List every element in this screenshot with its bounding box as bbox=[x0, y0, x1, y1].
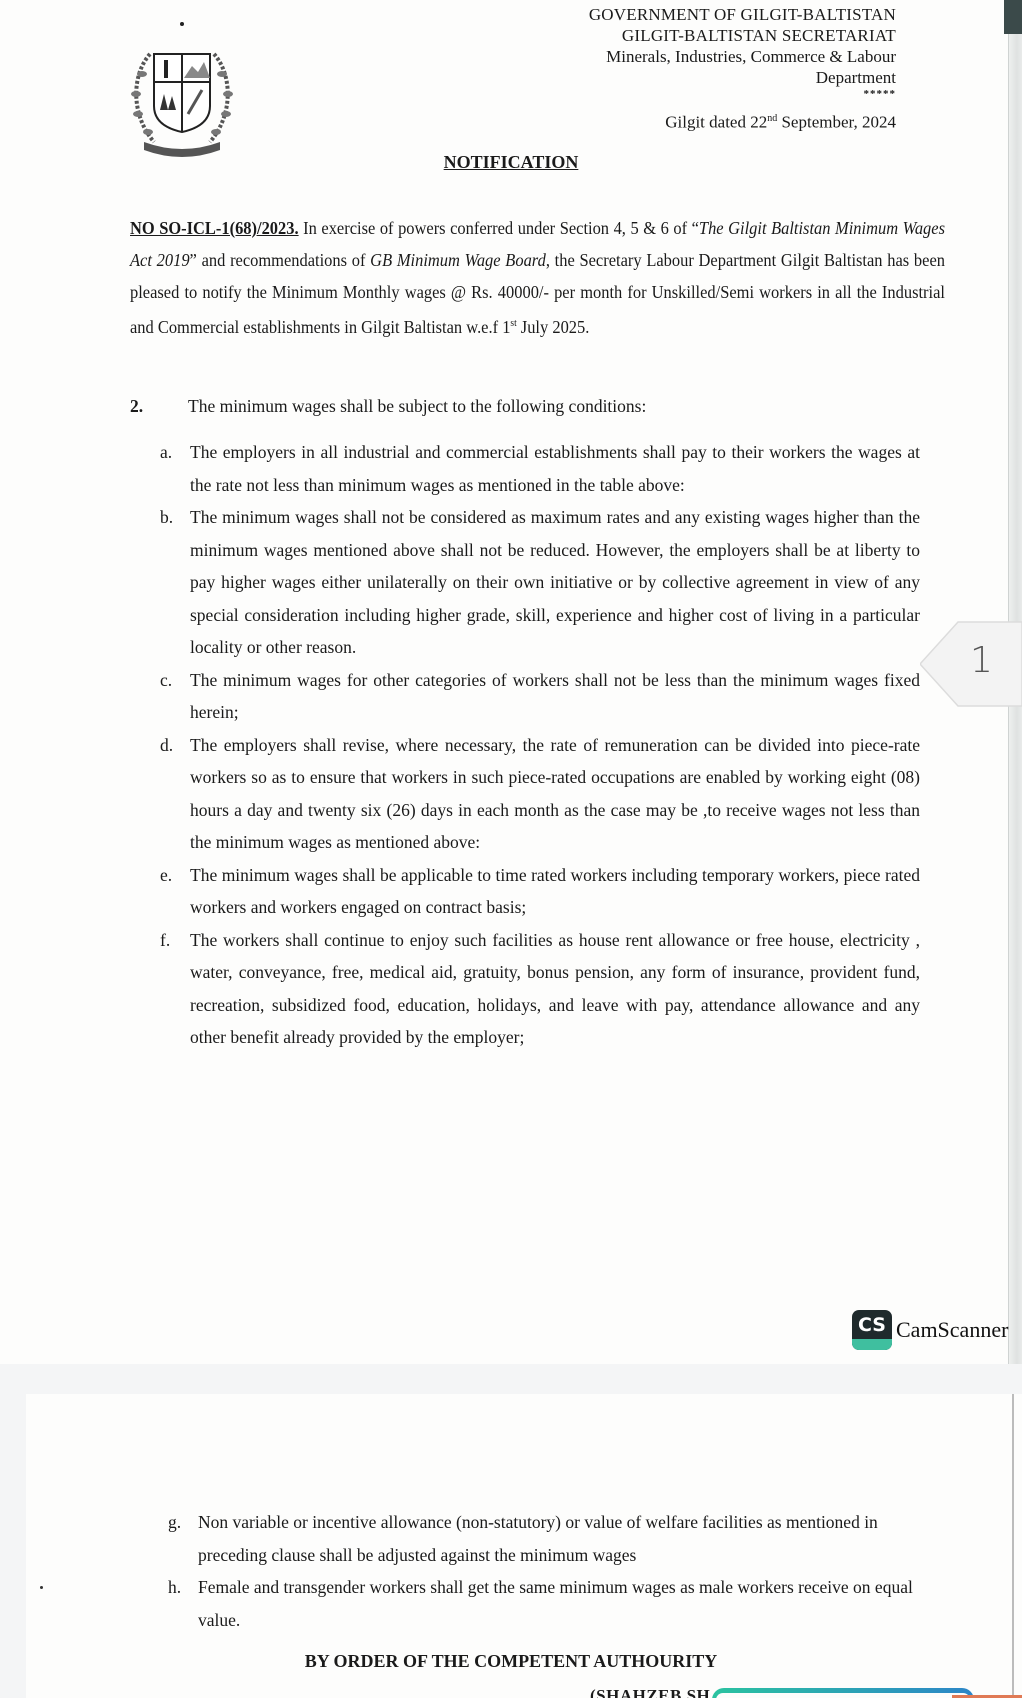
condition-letter: a. bbox=[160, 436, 190, 501]
section-heading-text: The minimum wages shall be subject to th… bbox=[188, 396, 646, 416]
condition-item: b.The minimum wages shall not be conside… bbox=[160, 501, 920, 664]
floating-overlay-panel[interactable] bbox=[712, 1688, 974, 1698]
condition-text: The minimum wages for other categories o… bbox=[190, 664, 920, 729]
intro-paragraph: NO SO-ICL-1(68)/2023. In exercise of pow… bbox=[130, 212, 945, 343]
date-suffix: September, 2024 bbox=[777, 113, 896, 132]
signatory-name: (SHAHZEB SH bbox=[590, 1686, 710, 1698]
header-stars: ***** bbox=[589, 88, 896, 100]
condition-letter: b. bbox=[160, 501, 190, 664]
intro-text-a: In exercise of powers conferred under Se… bbox=[299, 218, 699, 238]
notification-title: NOTIFICATION bbox=[0, 152, 1022, 173]
condition-letter: d. bbox=[160, 729, 190, 859]
condition-text: The minimum wages shall not be considere… bbox=[190, 501, 920, 664]
intro-text-d: July 2025. bbox=[517, 317, 590, 337]
condition-item: d.The employers shall revise, where nece… bbox=[160, 729, 920, 859]
page-number-badge[interactable]: 1 bbox=[920, 620, 1022, 708]
condition-item: a.The employers in all industrial and co… bbox=[160, 436, 920, 501]
condition-letter: h. bbox=[168, 1571, 198, 1636]
intro-text-b: ” and recommendations of bbox=[190, 250, 371, 270]
speck bbox=[40, 1586, 43, 1589]
conditions-list: a.The employers in all industrial and co… bbox=[160, 436, 920, 1054]
condition-text: The minimum wages shall be applicable to… bbox=[190, 859, 920, 924]
section-2-heading: 2.The minimum wages shall be subject to … bbox=[130, 396, 646, 417]
camscanner-logo-icon: CS bbox=[852, 1310, 892, 1350]
board-name: GB Minimum Wage Board bbox=[370, 250, 546, 270]
condition-item: f.The workers shall continue to enjoy su… bbox=[160, 924, 920, 1054]
condition-item: e.The minimum wages shall be applicable … bbox=[160, 859, 920, 924]
camscanner-watermark: CS CamScanner bbox=[852, 1310, 1008, 1350]
section-number: 2. bbox=[130, 396, 188, 417]
date-line: Gilgit dated 22nd September, 2024 bbox=[589, 108, 896, 133]
conditions-list-continued: g.Non variable or incentive allowance (n… bbox=[168, 1506, 928, 1636]
condition-item: g.Non variable or incentive allowance (n… bbox=[168, 1506, 928, 1571]
condition-text: Female and transgender workers shall get… bbox=[198, 1571, 928, 1636]
header-line-ministry: Minerals, Industries, Commerce & Labour bbox=[589, 46, 896, 67]
camscanner-brand: CamScanner bbox=[896, 1317, 1008, 1343]
condition-text: The employers in all industrial and comm… bbox=[190, 436, 920, 501]
condition-letter: c. bbox=[160, 664, 190, 729]
government-emblem-icon bbox=[124, 14, 240, 160]
condition-letter: f. bbox=[160, 924, 190, 1054]
letterhead: GOVERNMENT OF GILGIT-BALTISTAN GILGIT-BA… bbox=[589, 4, 896, 133]
condition-item: c.The minimum wages for other categories… bbox=[160, 664, 920, 729]
camscanner-logo-text: CS bbox=[852, 1314, 892, 1336]
header-line-department: Department bbox=[589, 67, 896, 88]
date-prefix: Gilgit dated 22 bbox=[665, 113, 767, 132]
condition-letter: e. bbox=[160, 859, 190, 924]
condition-text: The employers shall revise, where necess… bbox=[190, 729, 920, 859]
condition-letter: g. bbox=[168, 1506, 198, 1571]
page-edge-corner bbox=[1004, 0, 1022, 34]
reference-number: NO SO-ICL-1(68)/2023. bbox=[130, 218, 299, 238]
order-line: BY ORDER OF THE COMPETENT AUTHOURITY bbox=[0, 1651, 1022, 1672]
condition-item: h.Female and transgender workers shall g… bbox=[168, 1571, 928, 1636]
header-line-government: GOVERNMENT OF GILGIT-BALTISTAN bbox=[589, 4, 896, 25]
condition-text: Non variable or incentive allowance (non… bbox=[198, 1506, 928, 1571]
header-line-secretariat: GILGIT-BALTISTAN SECRETARIAT bbox=[589, 25, 896, 46]
document-page-1: GOVERNMENT OF GILGIT-BALTISTAN GILGIT-BA… bbox=[0, 0, 1022, 1364]
date-sup: nd bbox=[767, 113, 777, 124]
page-number: 1 bbox=[970, 640, 993, 681]
condition-text: The workers shall continue to enjoy such… bbox=[190, 924, 920, 1054]
